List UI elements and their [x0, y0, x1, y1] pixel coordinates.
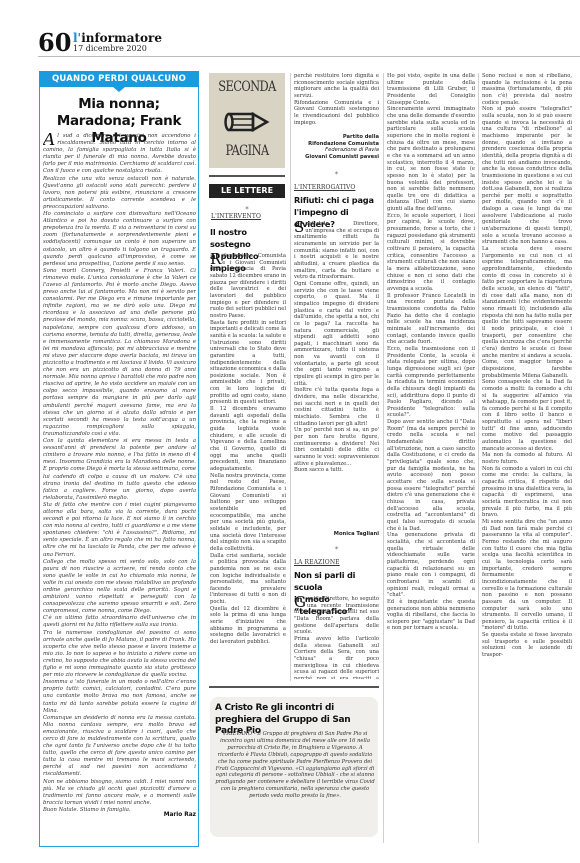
intervento-body: Rifondazione Comunista e i Giovani Comun…	[210, 253, 286, 679]
dropcap: R	[210, 253, 221, 265]
main-article-body: Al sud a dicembre nei paesini non accend…	[43, 133, 196, 813]
section-header-lettere: LE LETTERE	[209, 184, 285, 198]
newspaper-apostrophe: l'	[73, 31, 81, 45]
column-rule	[383, 73, 384, 843]
ornament-icon: ✶	[209, 205, 285, 212]
paragraph: Non ne abbiamo bisogno, siamo caldi. I m…	[43, 779, 196, 807]
section-label-reazione: LA REAZIONE	[294, 559, 340, 566]
seconda-label: SECONDA	[216, 79, 278, 95]
reazione-body-col3: Sono reclusi e non si ribellano, quando …	[482, 73, 572, 841]
paragraph: Con la quinta elementare si era messa in…	[43, 438, 196, 502]
paragraph: Comunque un desiderio di nonna era la me…	[43, 715, 196, 779]
interrogativo-body: Spettabile Direttore, un'impresa che si …	[294, 221, 379, 530]
dropcap: A	[43, 133, 55, 147]
paragraph: Al sud a dicembre nei paesini non accend…	[43, 133, 196, 176]
divider	[209, 175, 285, 177]
reazione-body-col1: Gentile Direttore, ho seguito una recent…	[294, 596, 379, 679]
pagina-label: PAGINA	[216, 143, 278, 159]
section-label-intervento: L'INTERVENTO	[211, 213, 261, 220]
column-rule	[290, 73, 291, 681]
newspaper-title: informatore	[81, 31, 162, 45]
paragraph: Realizzo che una vita senza ostacoli non…	[43, 176, 196, 211]
paragraph: Sta di fatto che mentre con i miei cugin…	[43, 502, 196, 559]
dropcap: S	[294, 221, 304, 233]
paragraph: Tra le numerose condoglianze del paesino…	[43, 630, 196, 680]
reazione-body-col2: Ho poi visto, ospite in una delle ultime…	[387, 73, 475, 841]
paragraph: Insomma a 'sto funerale in un modo o nel…	[43, 679, 196, 714]
paragraph: Ho cominciato a surfare con disinvoltura…	[43, 211, 196, 268]
paragraph: C'è un ultimo fatto straordinario dell'u…	[43, 615, 196, 629]
ornament-icon: ✶	[294, 545, 379, 552]
cristo-re-body: VIGEVANO - Il Gruppo di preghiera di San…	[215, 731, 375, 800]
article-kicker: QUANDO PERDI QUALCUNO	[39, 71, 199, 87]
newspaper-name: l'informatore	[73, 32, 162, 44]
intervento-continuation: perché restituire loro dignità e riconos…	[294, 73, 379, 133]
column-rule	[478, 73, 479, 843]
author-signature: Mario Raz	[43, 812, 196, 818]
paragraph: Collego che molto spesso mi sento solo, …	[43, 559, 196, 616]
intervento-signature: Partito della Rifondazione Comunista Fed…	[294, 134, 379, 160]
kicker-arrow-icon	[113, 87, 125, 92]
pencil-icon	[223, 110, 271, 134]
divider	[209, 686, 379, 688]
seconda-pagina-logo: SECONDA PAGINA	[209, 73, 285, 168]
page-number: 60	[38, 30, 71, 56]
masthead: 60 l'informatore 17 dicembre 2020	[38, 30, 580, 57]
dropcap: G	[294, 596, 306, 608]
author-signature: Monica Tagliani	[294, 531, 379, 538]
issue-date: 17 dicembre 2020	[73, 44, 147, 53]
section-label-interrogativo: L'INTERROGATIVO	[294, 184, 355, 191]
ornament-icon: ✶	[294, 170, 379, 177]
paragraph: Sono morti Connery, Proietti e Franca Va…	[43, 268, 196, 438]
